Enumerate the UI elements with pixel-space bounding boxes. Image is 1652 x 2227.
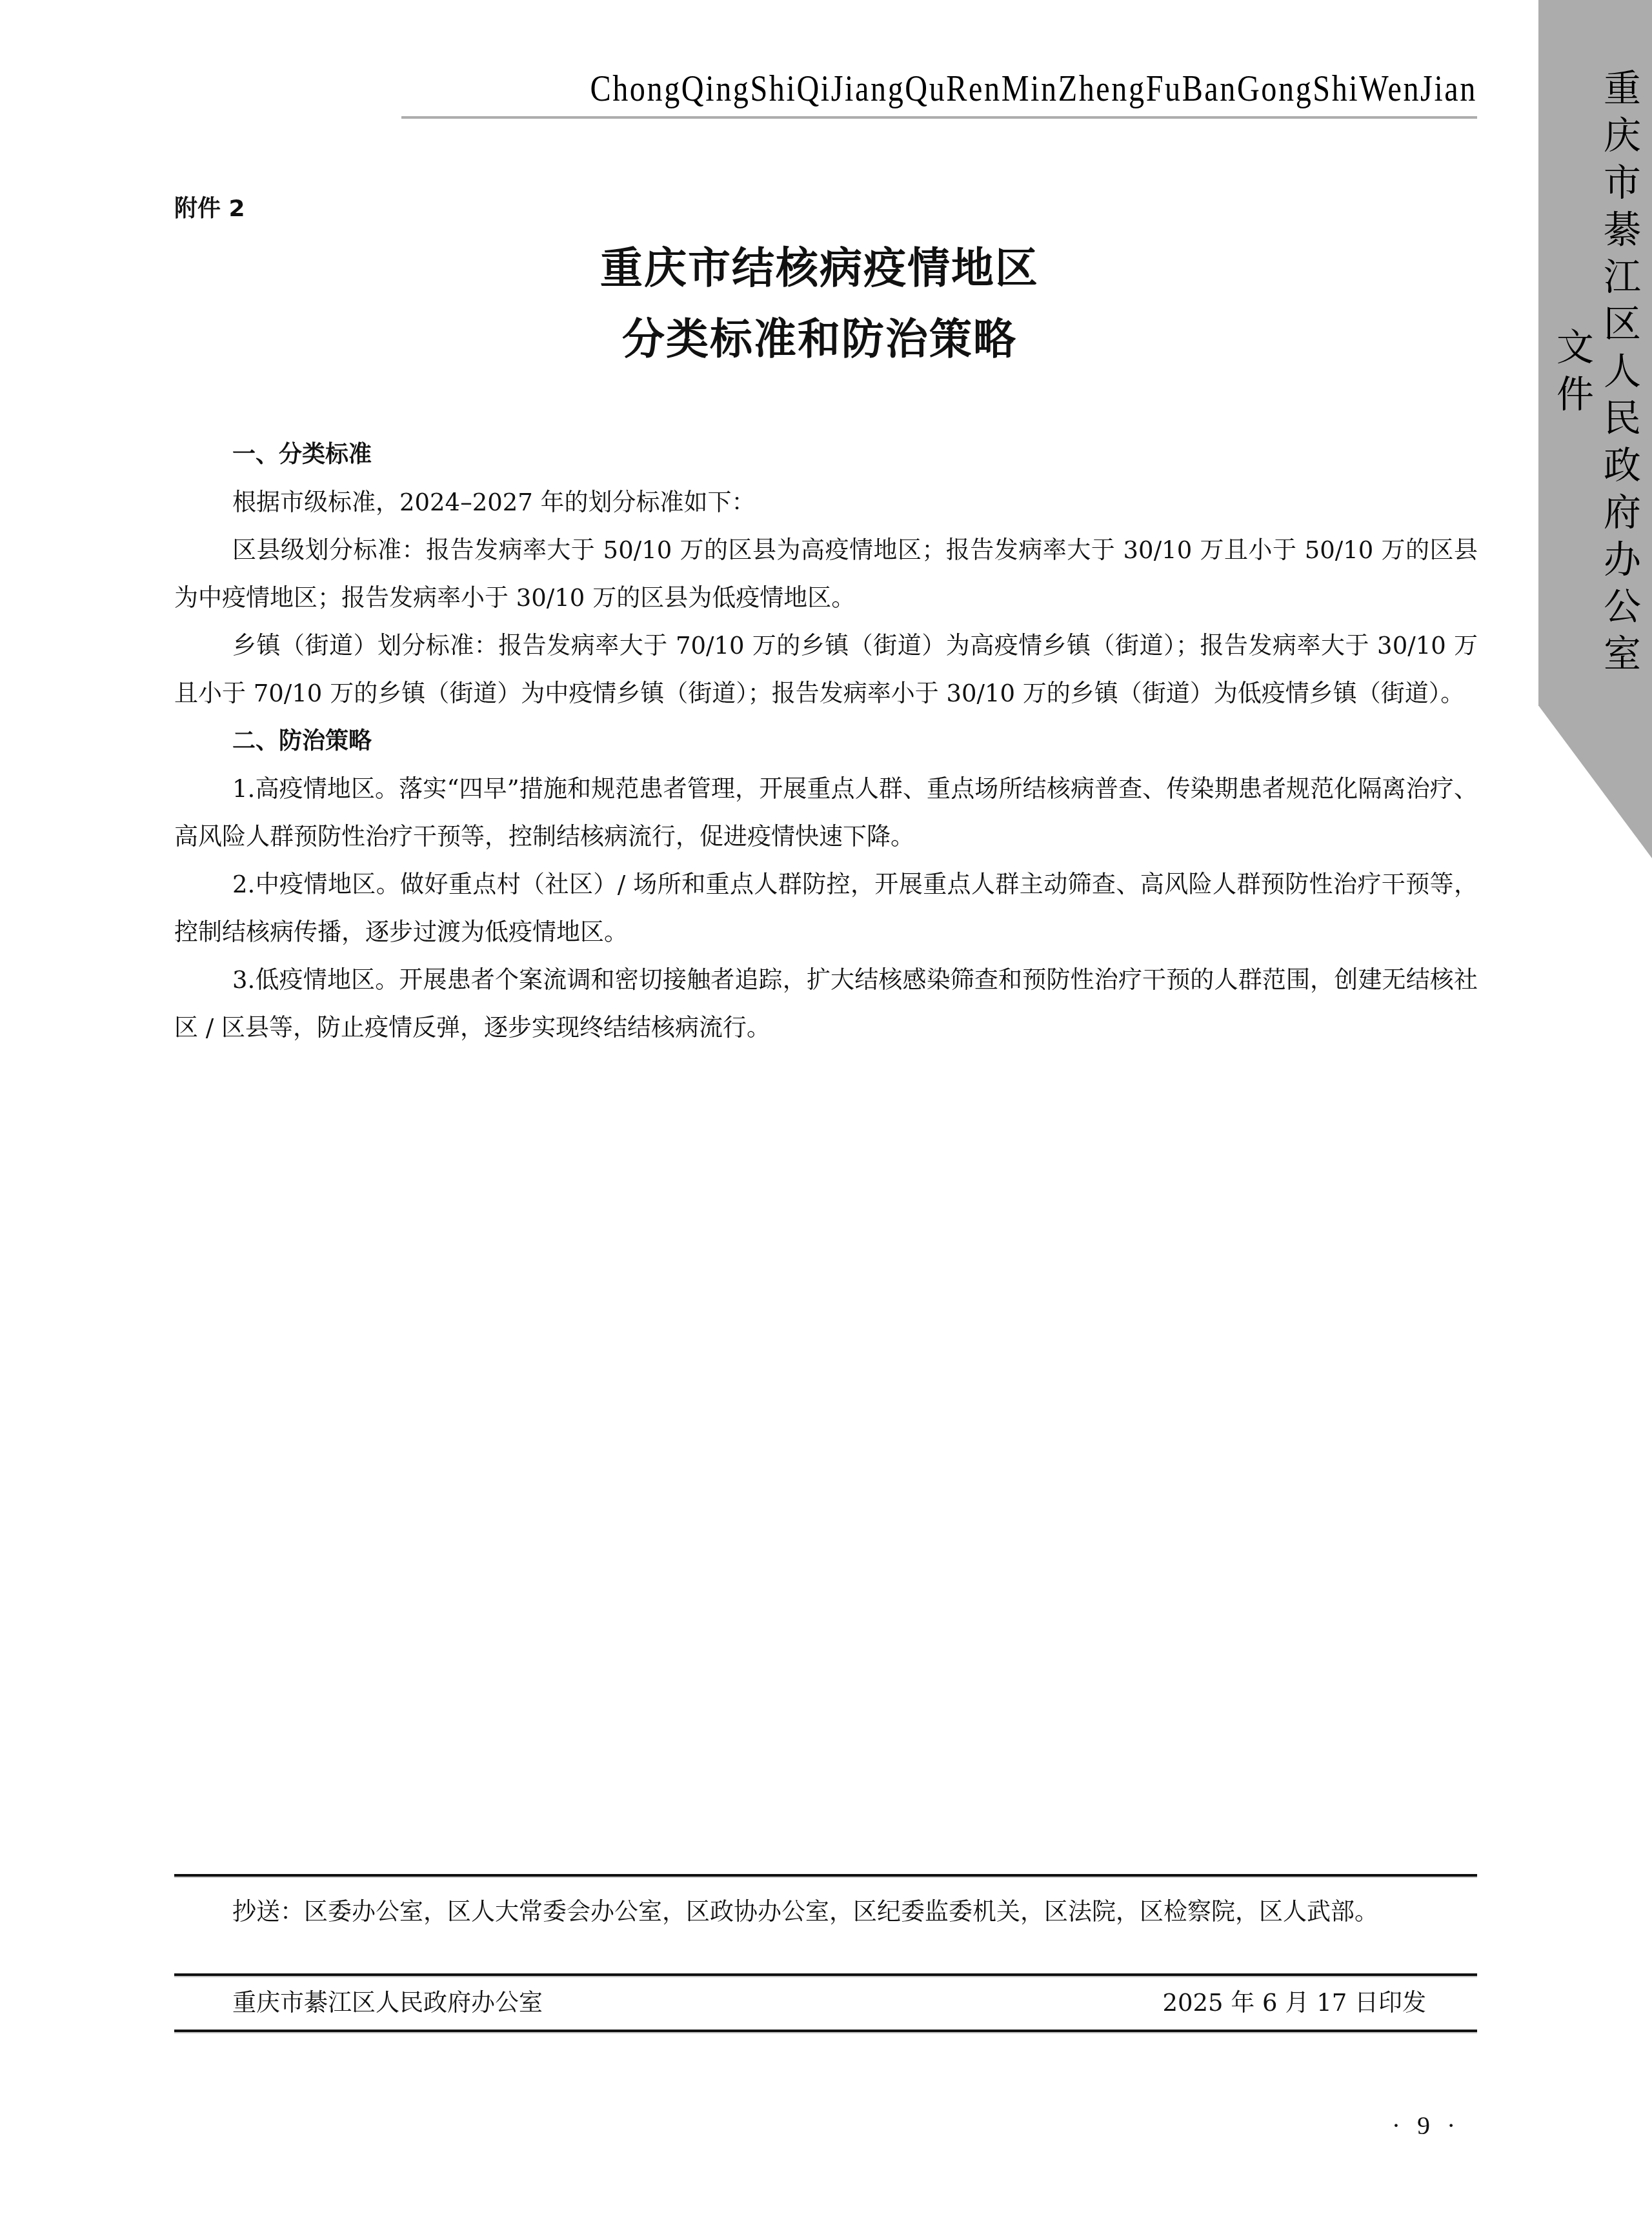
footer-divider-middle xyxy=(174,1973,1477,1976)
section-heading: 二、防治策略 xyxy=(174,718,1478,765)
section-classification-standards: 一、分类标准 根据市级标准，2024–2027 年的划分标准如下： 区县级划分标… xyxy=(174,431,1478,718)
cc-line: 抄送： 区委办公室，区人大常委会办公室，区政协办公室，区纪委监委机关，区法院，区… xyxy=(174,1889,1477,1935)
attachment-label: 附件 2 xyxy=(174,195,245,223)
paragraph: 2.中疫情地区。做好重点村（社区）/ 场所和重点人群防控，开展重点人群主动筛查、… xyxy=(174,861,1478,956)
document-body: 一、分类标准 根据市级标准，2024–2027 年的划分标准如下： 区县级划分标… xyxy=(174,431,1478,1052)
cc-distribution: 抄送： 区委办公室，区人大常委会办公室，区政协办公室，区纪委监委机关，区法院，区… xyxy=(174,1889,1477,1935)
header-divider xyxy=(401,116,1477,119)
page-number: · 9 · xyxy=(1381,2106,1471,2145)
section-heading: 一、分类标准 xyxy=(174,431,1478,479)
document-title-line-1: 重庆市结核病疫情地区 xyxy=(168,242,1471,294)
document-title-line-2: 分类标准和防治策略 xyxy=(168,313,1471,365)
cc-recipients: 区委办公室，区人大常委会办公室，区政协办公室，区纪委监委机关，区法院，区检察院，… xyxy=(304,1889,1420,1935)
paragraph: 乡镇（街道）划分标准：报告发病率大于 70/10 万的乡镇（街道）为高疫情乡镇（… xyxy=(174,622,1478,718)
side-banner-text: 重庆市綦江区人民政府办公室文件 xyxy=(1548,52,1642,697)
paragraph: 根据市级标准，2024–2027 年的划分标准如下： xyxy=(174,479,1478,527)
paragraph: 区县级划分标准：报告发病率大于 50/10 万的区县为高疫情地区；报告发病率大于… xyxy=(174,527,1478,622)
side-banner-label: 重庆市綦江区人民政府办公室文件 xyxy=(1538,52,1652,697)
footer-divider-top xyxy=(174,1874,1477,1877)
cc-label: 抄送： xyxy=(232,1889,304,1935)
issuer: 重庆市綦江区人民政府办公室 xyxy=(232,1984,543,2022)
running-header-title: ChongQingShiQiJiangQuRenMinZhengFuBanGon… xyxy=(552,70,1477,108)
section-prevention-strategies: 二、防治策略 1.高疫情地区。落实“四早”措施和规范患者管理，开展重点人群、重点… xyxy=(174,718,1478,1052)
issue-date: 2025 年 6 月 17 日印发 xyxy=(1162,1984,1426,2022)
footer-divider-bottom xyxy=(174,2030,1477,2032)
paragraph: 3.低疫情地区。开展患者个案流调和密切接触者追踪，扩大结核感染筛查和预防性治疗干… xyxy=(174,956,1478,1052)
paragraph: 1.高疫情地区。落实“四早”措施和规范患者管理，开展重点人群、重点场所结核病普查… xyxy=(174,765,1478,861)
